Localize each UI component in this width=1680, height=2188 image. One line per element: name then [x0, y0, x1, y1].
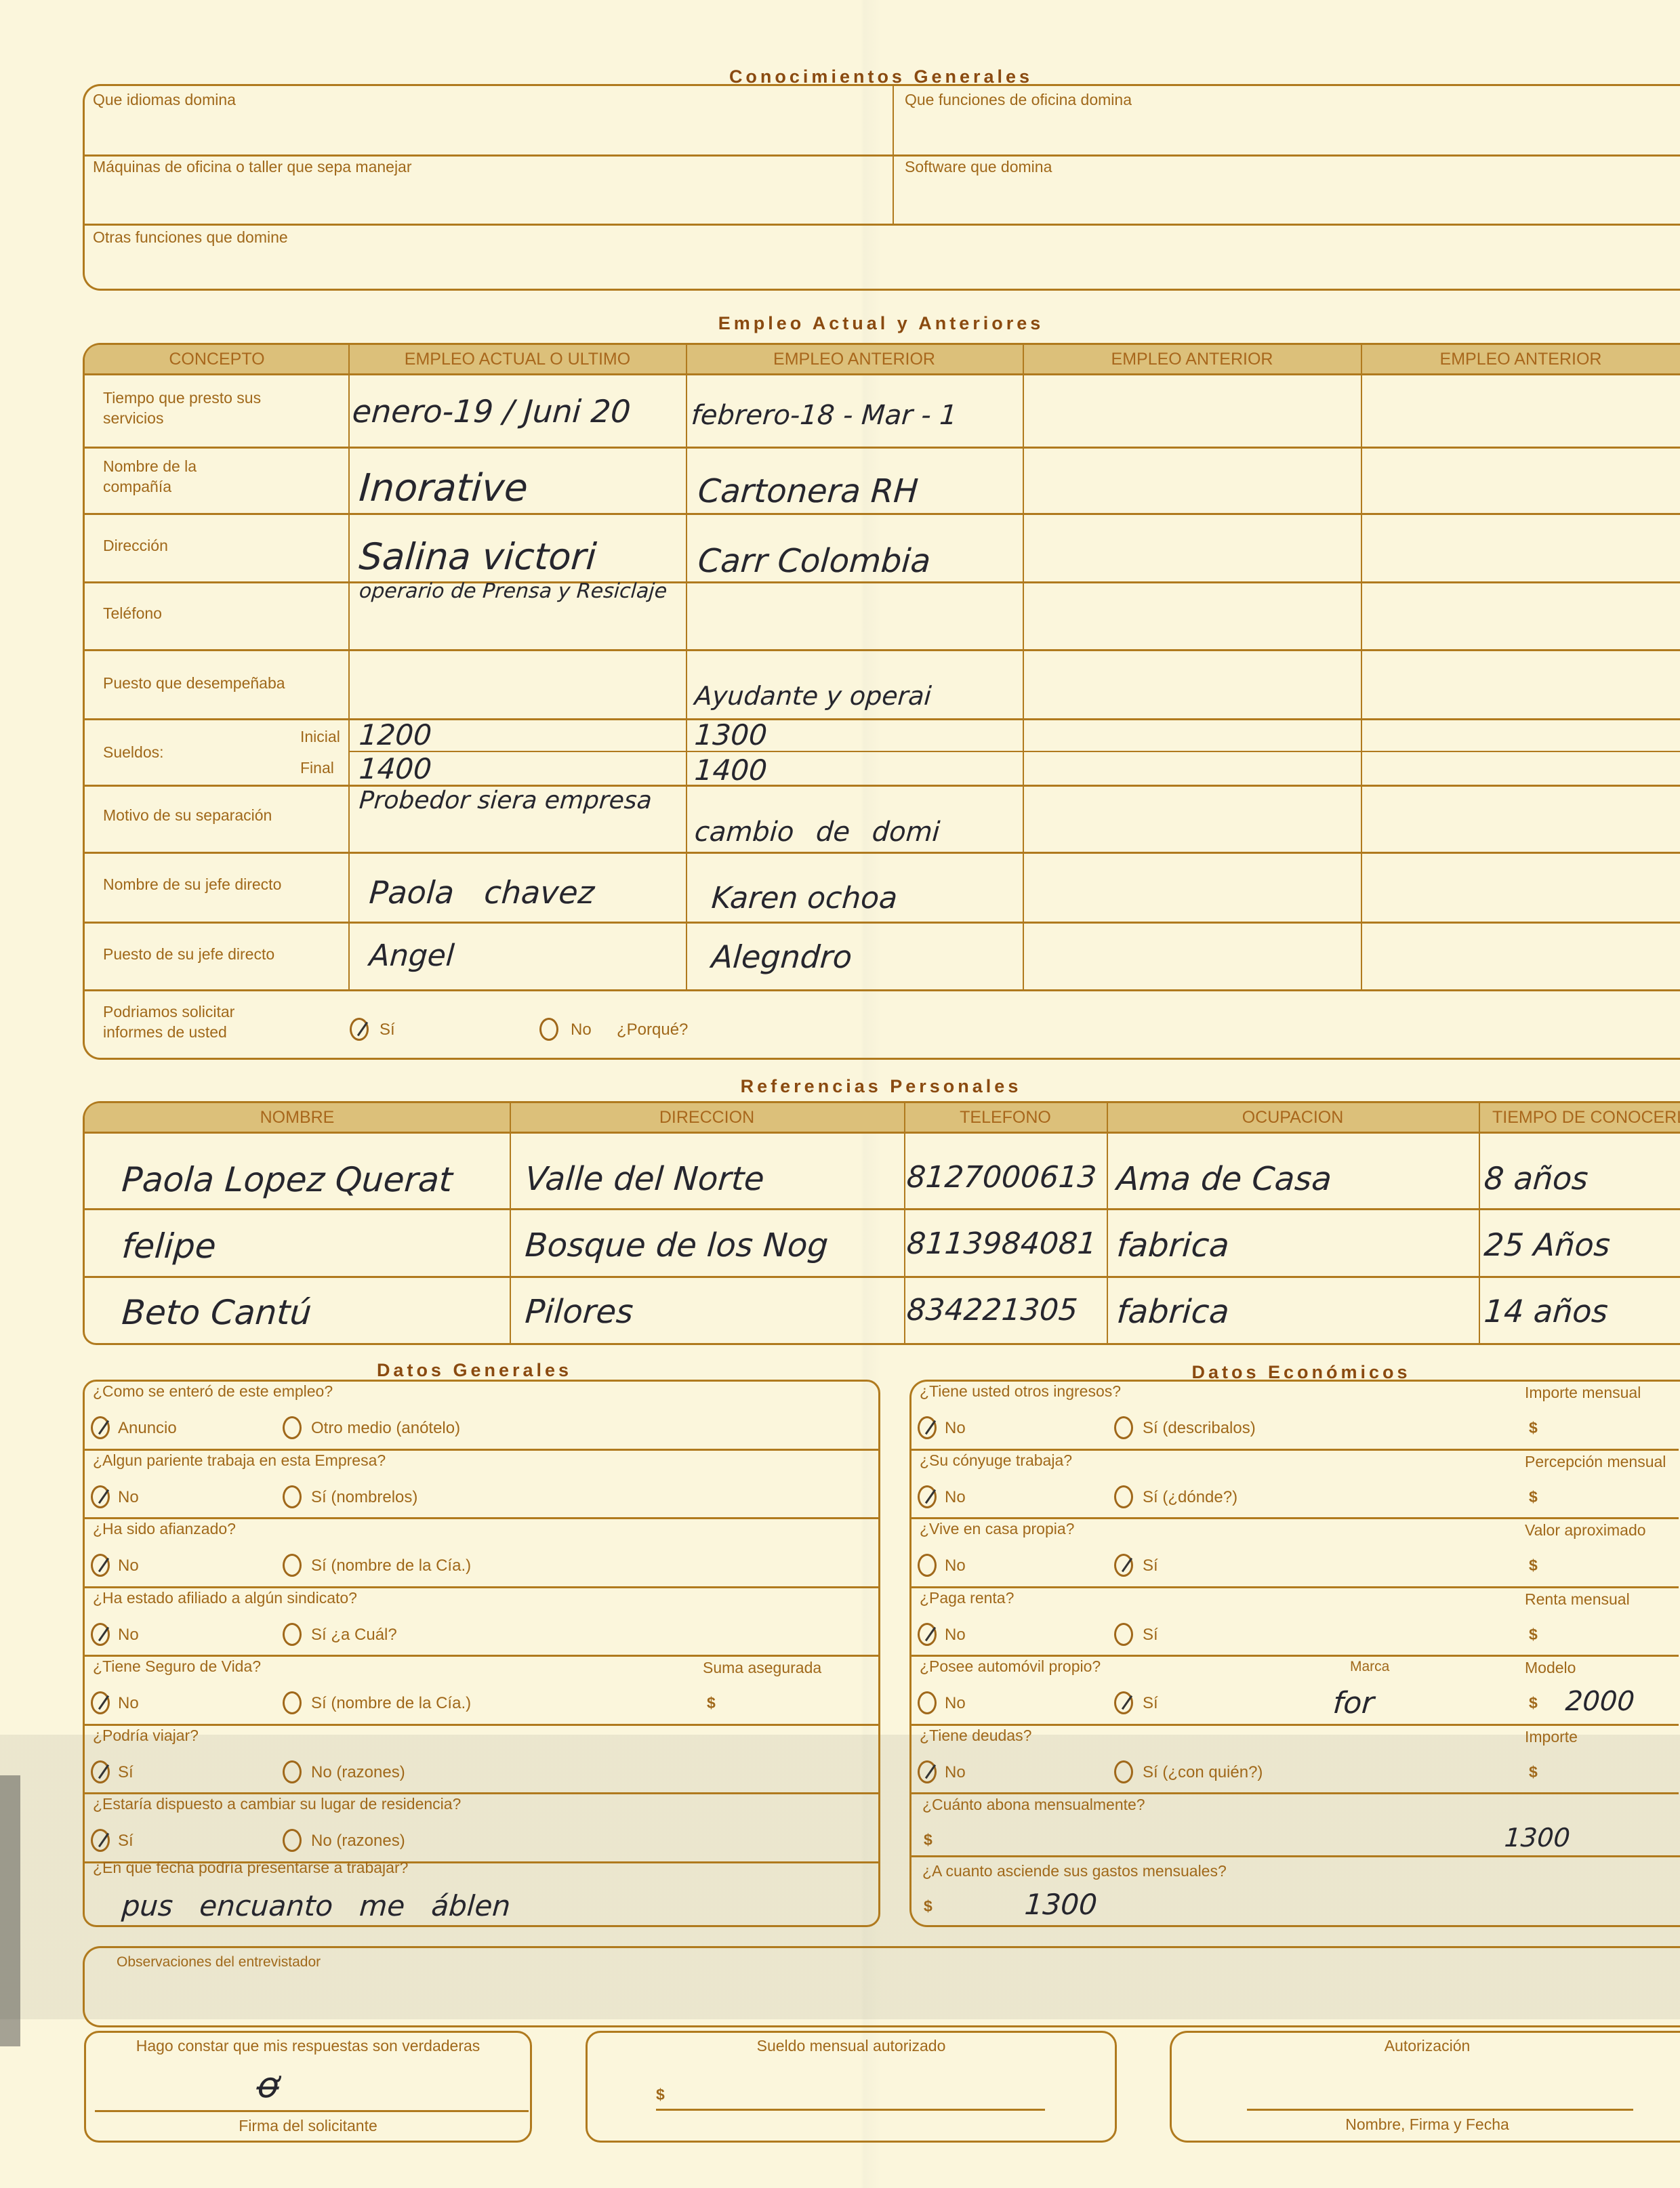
divider — [911, 1517, 1679, 1519]
actual-sueldo-final[interactable]: 1400 — [358, 752, 432, 785]
referencia-ocupacion[interactable]: Ama de Casa — [1115, 1160, 1333, 1198]
anterior1-jefe[interactable]: Karen ochoa — [710, 881, 899, 915]
referencia-nombre[interactable]: Paola Lopez Querat — [121, 1160, 454, 1199]
declaracion-label: Hago constar que mis respuestas son verd… — [84, 2037, 532, 2055]
de-question: ¿Tiene deudas? — [920, 1727, 1031, 1745]
dg-question: ¿Como se enteró de este empleo? — [93, 1382, 333, 1401]
de-question: ¿Tiene usted otros ingresos? — [920, 1382, 1121, 1401]
firma-label: Firma del solicitante — [84, 2117, 532, 2135]
concepto-telefono: Teléfono — [103, 604, 162, 623]
de-option1-label: No — [945, 1556, 966, 1575]
header-direccion: DIRECCION — [510, 1103, 904, 1132]
fecha-answer[interactable]: pus encuanto me áblen — [121, 1889, 512, 1922]
anterior1-puesto-jefe[interactable]: Alegndro — [710, 938, 853, 975]
divider — [84, 154, 1680, 157]
de-extra-label: Importe mensual — [1525, 1384, 1641, 1402]
referencia-telefono[interactable]: 834221305 — [905, 1293, 1079, 1327]
autorizacion-label: Autorización — [1170, 2037, 1680, 2055]
header-tiempo: TIEMPO DE CONOCERLO — [1479, 1103, 1680, 1132]
dg-option1-radio[interactable] — [91, 1485, 110, 1508]
scan-edge-shadow — [0, 1775, 20, 2046]
de-currency: $ — [1529, 1763, 1538, 1781]
informes-question: Podriamos solicitar informes de usted — [103, 1002, 279, 1042]
divider — [904, 1103, 905, 1344]
actual-direccion[interactable]: Salina victori — [358, 535, 598, 578]
de-question: ¿Vive en casa propia? — [920, 1520, 1074, 1538]
dg-option2-radio[interactable] — [283, 1760, 302, 1783]
anterior1-puesto[interactable]: Ayudante y operai — [693, 681, 932, 711]
sueldo-autorizado-label: Sueldo mensual autorizado — [586, 2037, 1117, 2055]
divider — [84, 718, 1680, 720]
de-currency: $ — [1529, 1626, 1538, 1644]
de-extra-label: Valor aproximado — [1525, 1521, 1646, 1540]
autorizacion-sub: Nombre, Firma y Fecha — [1170, 2115, 1680, 2134]
fecha-question: ¿En que fecha podría presentarse a traba… — [93, 1859, 408, 1877]
de-option2-label: Sí (describalos) — [1143, 1419, 1256, 1438]
de-currency: $ — [1529, 1419, 1538, 1437]
header-empleo-anterior-2: EMPLEO ANTERIOR — [1023, 345, 1361, 373]
divider — [84, 224, 1680, 226]
dg-option2-radio[interactable] — [283, 1623, 302, 1646]
dg-question: ¿Ha sido afianzado? — [93, 1520, 236, 1538]
concepto-puesto: Puesto que desempeñaba — [103, 674, 285, 693]
referencia-tiempo[interactable]: 8 años — [1483, 1160, 1589, 1197]
header-empleo-actual: EMPLEO ACTUAL O ULTIMO — [349, 345, 686, 373]
de-option2-label: Sí (¿con quién?) — [1143, 1763, 1263, 1782]
divider — [84, 852, 1680, 854]
dg-option2-label: Sí (nombre de la Cía.) — [311, 1694, 471, 1713]
anterior1-tiempo[interactable]: febrero-18 - Mar - 1 — [690, 400, 958, 431]
referencias-header-row: NOMBRE DIRECCION TELEFONO OCUPACION TIEM… — [85, 1103, 1680, 1134]
divider — [84, 1208, 1680, 1210]
divider — [911, 1724, 1679, 1726]
divider — [1361, 345, 1362, 991]
de-option1-radio[interactable] — [918, 1623, 937, 1646]
divider — [84, 1276, 1680, 1278]
de-option1-radio[interactable] — [918, 1554, 937, 1577]
dg-option1-radio[interactable] — [91, 1691, 110, 1714]
divider — [348, 345, 350, 991]
divider — [84, 581, 1680, 583]
dg-option2-label: Sí ¿a Cuál? — [311, 1626, 397, 1645]
de-option1-radio[interactable] — [918, 1416, 937, 1439]
de-extra-label: Modelo — [1525, 1659, 1576, 1677]
dg-option1-radio[interactable] — [91, 1760, 110, 1783]
divider — [911, 1792, 1679, 1794]
actual-jefe[interactable]: Paola chavez — [368, 874, 596, 911]
de-extra-label: Importe — [1525, 1728, 1578, 1746]
divider — [510, 1103, 511, 1344]
de-option1-label: No — [945, 1763, 966, 1782]
de-option1-radio[interactable] — [918, 1760, 937, 1783]
concepto-nombre-compania: Nombre de la compañía — [103, 456, 266, 497]
dg-option1-label: No — [118, 1488, 139, 1507]
de-value[interactable]: 2000 — [1564, 1686, 1635, 1717]
software-field[interactable]: Software que domina — [905, 158, 1052, 176]
dg-option1-radio[interactable] — [91, 1829, 110, 1852]
otras-funciones-field[interactable]: Otras funciones que domine — [93, 228, 288, 247]
header-empleo-anterior-3: EMPLEO ANTERIOR — [1361, 345, 1680, 373]
header-ocupacion: OCUPACION — [1107, 1103, 1479, 1132]
informes-porque-label: ¿Porqué? — [617, 1020, 688, 1039]
referencia-nombre[interactable]: Beto Cantú — [121, 1293, 313, 1332]
dg-option2-radio[interactable] — [283, 1829, 302, 1852]
observaciones-label: Observaciones del entrevistador — [117, 1954, 321, 1970]
dg-question: ¿Tiene Seguro de Vida? — [93, 1657, 261, 1676]
divider — [686, 345, 687, 991]
de-option1-label: No — [945, 1419, 966, 1438]
divider — [1023, 345, 1024, 991]
de-option1-label: No — [945, 1626, 966, 1645]
concepto-direccion: Dirección — [103, 537, 168, 555]
abona-question: ¿Cuánto abona mensualmente? — [922, 1796, 1145, 1814]
informes-no-radio[interactable] — [539, 1018, 558, 1041]
concepto-sueldos: Sueldos: — [103, 743, 164, 762]
informes-si-label: Sí — [380, 1020, 395, 1039]
de-option2-radio[interactable] — [1114, 1623, 1133, 1646]
de-option2-radio[interactable] — [1114, 1760, 1133, 1783]
divider — [84, 1517, 879, 1519]
divider — [84, 649, 1680, 651]
concepto-jefe: Nombre de su jefe directo — [103, 875, 281, 894]
de-option1-label: No — [945, 1694, 966, 1713]
header-concepto: CONCEPTO — [85, 345, 349, 373]
de-option2-radio[interactable] — [1114, 1554, 1133, 1577]
divider — [84, 1724, 879, 1726]
divider — [1107, 1103, 1108, 1344]
anterior1-sueldo-inicial[interactable]: 1300 — [693, 718, 768, 751]
maquinas-field[interactable]: Máquinas de oficina o taller que sepa ma… — [93, 158, 412, 176]
de-currency: $ — [1529, 1556, 1538, 1575]
divider — [84, 922, 1680, 924]
divider — [84, 1586, 879, 1588]
section-title-datos-generales: Datos Generales — [271, 1360, 678, 1381]
abona-currency: $ — [924, 1831, 933, 1849]
gastos-currency: $ — [924, 1897, 933, 1916]
section-title-referencias: Referencias Personales — [610, 1076, 1152, 1097]
dg-option1-label: Sí — [118, 1763, 134, 1782]
funciones-oficina-field[interactable]: Que funciones de oficina domina — [905, 91, 1132, 109]
informes-no-label: No — [571, 1020, 592, 1039]
referencia-direccion[interactable]: Bosque de los Nog — [524, 1226, 829, 1264]
actual-compania[interactable]: Inorative — [358, 466, 529, 510]
dg-option2-radio[interactable] — [283, 1485, 302, 1508]
de-option1-radio[interactable] — [918, 1691, 937, 1714]
section-title-empleo: Empleo Actual y Anteriores — [610, 313, 1152, 334]
divider — [84, 989, 1680, 991]
de-option2-label: Sí — [1143, 1556, 1158, 1575]
dg-option2-label: No (razones) — [311, 1832, 405, 1851]
divider — [348, 751, 1680, 752]
referencia-tiempo[interactable]: 14 años — [1483, 1293, 1609, 1329]
dg-question: ¿Estaría dispuesto a cambiar su lugar de… — [93, 1795, 461, 1813]
de-marca-value[interactable]: for — [1332, 1686, 1375, 1720]
dg-option2-radio[interactable] — [283, 1416, 302, 1439]
referencia-ocupacion[interactable]: fabrica — [1115, 1293, 1231, 1331]
referencia-direccion[interactable]: Valle del Norte — [524, 1160, 766, 1198]
actual-telefono[interactable]: operario de Prensa y Resiclaje — [358, 581, 678, 602]
firma-mark: ơ̶ — [256, 2065, 281, 2106]
de-option2-label: Sí — [1143, 1626, 1158, 1645]
de-extra-label: Percepción mensual — [1525, 1453, 1666, 1471]
actual-tiempo[interactable]: enero-19 / Juni 20 — [351, 393, 632, 430]
informes-si-radio[interactable] — [350, 1018, 369, 1041]
dg-option1-radio[interactable] — [91, 1623, 110, 1646]
dg-option1-label: No — [118, 1626, 139, 1645]
dg-question: ¿Podría viajar? — [93, 1727, 199, 1745]
actual-motivo[interactable]: Probedor siera empresa — [358, 786, 678, 816]
concepto-puesto-jefe: Puesto de su jefe directo — [103, 945, 274, 964]
de-currency: $ — [1529, 1488, 1538, 1506]
divider — [1479, 1103, 1480, 1344]
divider — [84, 447, 1680, 449]
anterior1-compania[interactable]: Cartonera RH — [697, 472, 920, 510]
divider — [911, 1586, 1679, 1588]
referencia-telefono[interactable]: 8127000613 — [905, 1160, 1098, 1195]
abona-value[interactable]: 1300 — [1503, 1823, 1571, 1853]
de-option2-radio[interactable] — [1114, 1416, 1133, 1439]
dg-option1-radio[interactable] — [91, 1416, 110, 1439]
dg-option2-label: Sí (nombre de la Cía.) — [311, 1556, 471, 1575]
referencia-tiempo[interactable]: 25 Años — [1483, 1226, 1612, 1263]
dg-option1-label: Sí — [118, 1832, 134, 1851]
idiomas-field[interactable]: Que idiomas domina — [93, 91, 236, 109]
conocimientos-box — [83, 84, 1680, 291]
header-empleo-anterior-1: EMPLEO ANTERIOR — [686, 345, 1023, 373]
de-extra-label: Renta mensual — [1525, 1590, 1630, 1609]
de-question: ¿Paga renta? — [920, 1589, 1014, 1607]
dg-currency: $ — [707, 1694, 716, 1712]
gastos-value[interactable]: 1300 — [1023, 1888, 1098, 1921]
concepto-motivo: Motivo de su separación — [103, 806, 272, 825]
anterior1-sueldo-final[interactable]: 1400 — [693, 754, 768, 787]
header-nombre: NOMBRE — [85, 1103, 510, 1132]
referencias-table — [83, 1101, 1680, 1345]
dg-option1-radio[interactable] — [91, 1554, 110, 1577]
referencia-ocupacion[interactable]: fabrica — [1115, 1226, 1231, 1264]
firma-line[interactable] — [95, 2110, 529, 2112]
de-marca-label: Marca — [1350, 1659, 1389, 1675]
dg-option1-label: Anuncio — [118, 1419, 177, 1438]
header-telefono: TELEFONO — [904, 1103, 1107, 1132]
de-currency: $ — [1529, 1694, 1538, 1712]
concepto-tiempo: Tiempo que presto sus servicios — [103, 388, 320, 428]
de-option2-radio[interactable] — [1114, 1691, 1133, 1714]
anterior1-direccion[interactable]: Carr Colombia — [697, 542, 932, 580]
sueldo-final-label: Final — [300, 759, 334, 777]
dg-question: ¿Algun pariente trabaja en esta Empresa? — [93, 1451, 386, 1470]
de-question: ¿Su cónyuge trabaja? — [920, 1451, 1072, 1470]
dg-extra-label: Suma asegurada — [703, 1659, 821, 1677]
de-option2-label: Sí (¿dónde?) — [1143, 1488, 1237, 1507]
actual-sueldo-inicial[interactable]: 1200 — [358, 718, 432, 751]
de-option2-radio[interactable] — [1114, 1485, 1133, 1508]
sueldo-autorizado-line[interactable] — [656, 2109, 1045, 2111]
dg-option2-label: Otro medio (anótelo) — [311, 1419, 460, 1438]
referencia-telefono[interactable]: 8113984081 — [905, 1226, 1098, 1261]
gastos-question: ¿A cuanto asciende sus gastos mensuales? — [922, 1862, 1227, 1880]
dg-option2-radio[interactable] — [283, 1554, 302, 1577]
de-option1-label: No — [945, 1488, 966, 1507]
divider — [911, 1449, 1679, 1451]
dg-option1-label: No — [118, 1556, 139, 1575]
divider — [84, 1449, 879, 1451]
empleo-header-row: CONCEPTO EMPLEO ACTUAL O ULTIMO EMPLEO A… — [85, 345, 1680, 375]
de-option1-radio[interactable] — [918, 1485, 937, 1508]
divider — [911, 1855, 1680, 1857]
de-option2-label: Sí — [1143, 1694, 1158, 1713]
divider — [84, 1792, 879, 1794]
observaciones-box[interactable] — [83, 1946, 1680, 2027]
dg-question: ¿Ha estado afiliado a algún sindicato? — [93, 1589, 357, 1607]
divider — [84, 513, 1680, 515]
dg-option1-label: No — [118, 1694, 139, 1713]
autorizacion-line[interactable] — [1247, 2109, 1633, 2111]
divider — [84, 785, 1680, 787]
referencia-nombre[interactable]: felipe — [121, 1226, 218, 1266]
de-question: ¿Posee automóvil propio? — [920, 1657, 1101, 1676]
sueldo-currency: $ — [656, 2086, 665, 2104]
divider — [911, 1655, 1679, 1657]
dg-option2-label: No (razones) — [311, 1763, 405, 1782]
dg-option2-label: Sí (nombrelos) — [311, 1488, 417, 1507]
divider — [84, 1655, 879, 1657]
anterior1-motivo[interactable]: cambio de domi — [693, 817, 941, 848]
referencia-direccion[interactable]: Pilores — [524, 1293, 634, 1331]
sueldo-inicial-label: Inicial — [300, 728, 340, 746]
dg-option2-radio[interactable] — [283, 1691, 302, 1714]
actual-puesto-jefe[interactable]: Angel — [368, 938, 455, 973]
